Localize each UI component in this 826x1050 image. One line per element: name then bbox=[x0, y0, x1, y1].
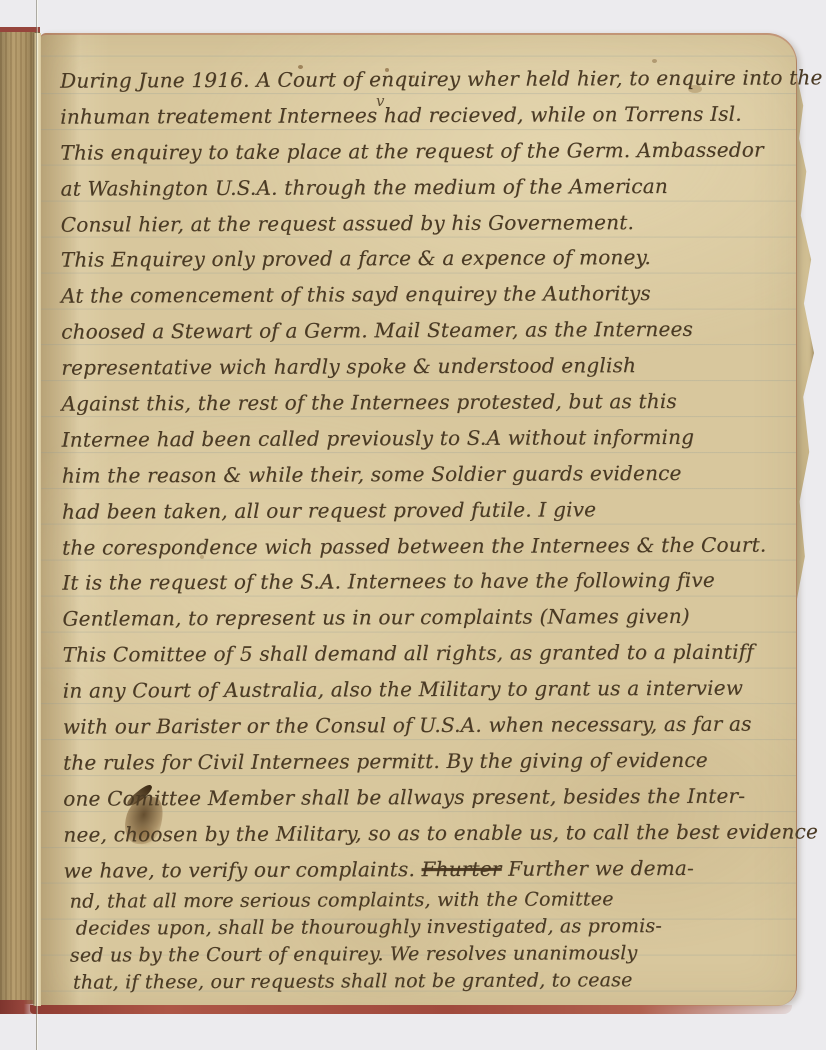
handwritten-line: It is the request of the S.A. Internees … bbox=[62, 563, 810, 602]
handwritten-line: with our Barister or the Consul of U.S.A… bbox=[63, 706, 811, 745]
photo-background: v During June 1916. A Court of enquirey … bbox=[0, 0, 826, 1050]
handwritten-line: nee, choosen by the Military, so as to e… bbox=[63, 814, 811, 853]
handwritten-line: the rules for Civil Internees permitt. B… bbox=[63, 742, 811, 781]
handwritten-line: the corespondence wich passed between th… bbox=[62, 527, 810, 566]
handwriting-lines: During June 1916. A Court of enquirey wh… bbox=[60, 55, 812, 992]
cover-bottom-corner bbox=[0, 1000, 34, 1014]
handwritten-line: At the comencement of this sayd enquirey… bbox=[61, 276, 809, 315]
handwritten-line: Consul hier, at the request assued by hi… bbox=[61, 204, 809, 243]
handwritten-line: This Comittee of 5 shall demand all righ… bbox=[62, 635, 810, 674]
struck-word: Fhurter bbox=[421, 856, 501, 880]
handwritten-line: sed us by the Court of enquirey. We reso… bbox=[70, 940, 812, 970]
handwritten-line: Internee had been called previously to S… bbox=[62, 419, 810, 458]
handwritten-line: This enquirey to take place at the reque… bbox=[60, 132, 808, 171]
handwritten-line: in any Court of Australia, also the Mili… bbox=[63, 671, 811, 710]
handwritten-line: we have, to verify our complaints. Fhurt… bbox=[63, 850, 811, 889]
handwritten-line: choosed a Stewart of a Germ. Mail Steame… bbox=[61, 312, 809, 351]
notebook-page: v During June 1916. A Court of enquirey … bbox=[40, 33, 797, 1006]
binding-thread bbox=[36, 0, 37, 1050]
handwritten-line: This Enquirey only proved a farce & a ex… bbox=[61, 240, 809, 279]
handwritten-line: that, if these, our requests shall not b… bbox=[73, 967, 812, 997]
handwritten-line: him the reason & while their, some Soldi… bbox=[62, 455, 810, 494]
page-bottom-red-edge bbox=[30, 1005, 792, 1014]
handwritten-line: decides upon, shall be thouroughly inves… bbox=[76, 913, 812, 943]
handwritten-line: Against this, the rest of the Internees … bbox=[61, 383, 809, 422]
handwritten-line: had been taken, all our request proved f… bbox=[62, 491, 810, 530]
handwritten-line: one Comittee Member shall be allways pre… bbox=[63, 778, 811, 817]
handwritten-line: representative wich hardly spoke & under… bbox=[61, 347, 809, 386]
handwritten-line: nd, that all more serious complaints, wi… bbox=[70, 886, 812, 916]
page-edge-sliver bbox=[33, 33, 41, 1006]
handwritten-line: During June 1916. A Court of enquirey wh… bbox=[60, 60, 808, 99]
handwritten-line: inhuman treatement Internees had recieve… bbox=[60, 96, 808, 135]
handwritten-line: at Washington U.S.A. through the medium … bbox=[60, 168, 808, 207]
handwritten-line: Gentleman, to represent us in our compla… bbox=[62, 599, 810, 638]
